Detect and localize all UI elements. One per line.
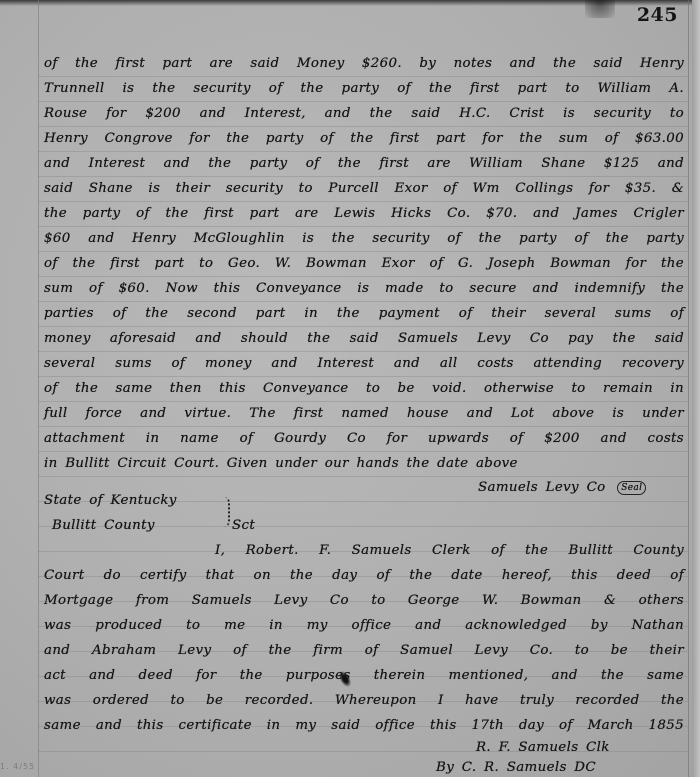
certificate-line: was ordered to be recorded. Whereupon I …: [44, 693, 684, 708]
ruled-line: [38, 251, 688, 252]
certificate-line: was produced to me in my office and ackn…: [44, 618, 684, 633]
grantor-signature-name: Samuels Levy Co: [478, 480, 606, 495]
ruled-line: [38, 101, 688, 102]
ruled-line: [38, 476, 688, 477]
ruled-line: [38, 126, 688, 127]
certificate-line: Mortgage from Samuels Levy Co to George …: [44, 593, 684, 608]
deed-body-line: full force and virtue. The first named h…: [44, 406, 684, 421]
clerk-signature: R. F. Samuels Clk: [476, 740, 610, 755]
certificate-state-heading: State of Kentucky: [44, 493, 244, 508]
right-margin-rule: [688, 0, 689, 777]
ruled-line: [38, 376, 688, 377]
page-number: 245: [637, 4, 678, 26]
binding-shadow: [585, 0, 615, 18]
certificate-line: Court do certify that on the day of the …: [44, 568, 684, 583]
ruled-line: [38, 76, 688, 77]
deed-body-line: attachment in name of Gourdy Co for upwa…: [44, 431, 684, 446]
ruled-line: [38, 276, 688, 277]
ruled-line: [38, 151, 688, 152]
seal-mark: Seal: [617, 481, 646, 495]
deed-body-line: Henry Congrove for the party of the firs…: [44, 131, 684, 146]
page-right-edge: [692, 0, 700, 777]
deed-body-line: sum of $60. Now this Conveyance is made …: [44, 281, 684, 296]
deed-book-page: 245 of the first part are said Money $26…: [0, 0, 700, 777]
certificate-county-heading: Bullitt County: [52, 518, 222, 533]
ruled-line: [38, 176, 688, 177]
grantor-signature: Samuels Levy Co Seal: [478, 480, 646, 495]
deed-body-line: of the same then this Conveyance to be v…: [44, 381, 684, 396]
certificate-line: act and deed for the purposes therein me…: [44, 668, 684, 683]
deed-body-line: several sums of money and Interest and a…: [44, 356, 684, 371]
ruled-line: [38, 226, 688, 227]
deed-body-line: parties of the second part in the paymen…: [44, 306, 684, 321]
brace-mark: [221, 497, 230, 527]
deed-body-line: and Interest and the party of the first …: [44, 156, 684, 171]
deed-body-line: of the first part are said Money $260. b…: [44, 56, 684, 71]
deed-body-line: the party of the first part are Lewis Hi…: [44, 206, 684, 221]
ruled-line: [38, 401, 688, 402]
certificate-line: same and this certificate in my said off…: [44, 718, 684, 733]
ruled-line: [38, 301, 688, 302]
deed-body-line: said Shane is their security to Purcell …: [44, 181, 684, 196]
deed-body-line: $60 and Henry McGloughlin is the securit…: [44, 231, 684, 246]
deed-body-line: of the first part to Geo. W. Bowman Exor…: [44, 256, 684, 271]
left-margin-rule: [38, 0, 39, 777]
ruled-line: [38, 351, 688, 352]
ruled-line: [38, 426, 688, 427]
deed-body-line: money aforesaid and should the said Samu…: [44, 331, 684, 346]
certificate-line: I, Robert. F. Samuels Clerk of the Bulli…: [215, 543, 684, 558]
deed-body-line: Trunnell is the security of the party of…: [44, 81, 684, 96]
ruled-line: [38, 451, 688, 452]
deputy-clerk-signature: By C. R. Samuels DC: [436, 760, 596, 775]
ruled-line: [38, 326, 688, 327]
ruled-line: [38, 201, 688, 202]
certificate-line: and Abraham Levy of the firm of Samuel L…: [44, 643, 684, 658]
certificate-sct-abbrev: Sct: [232, 518, 272, 533]
deed-body-line: in Bullitt Circuit Court. Given under ou…: [44, 456, 684, 471]
corner-pencil-note: 1. 4/55: [0, 762, 35, 771]
deed-body-line: Rouse for $200 and Interest, and the sai…: [44, 106, 684, 121]
